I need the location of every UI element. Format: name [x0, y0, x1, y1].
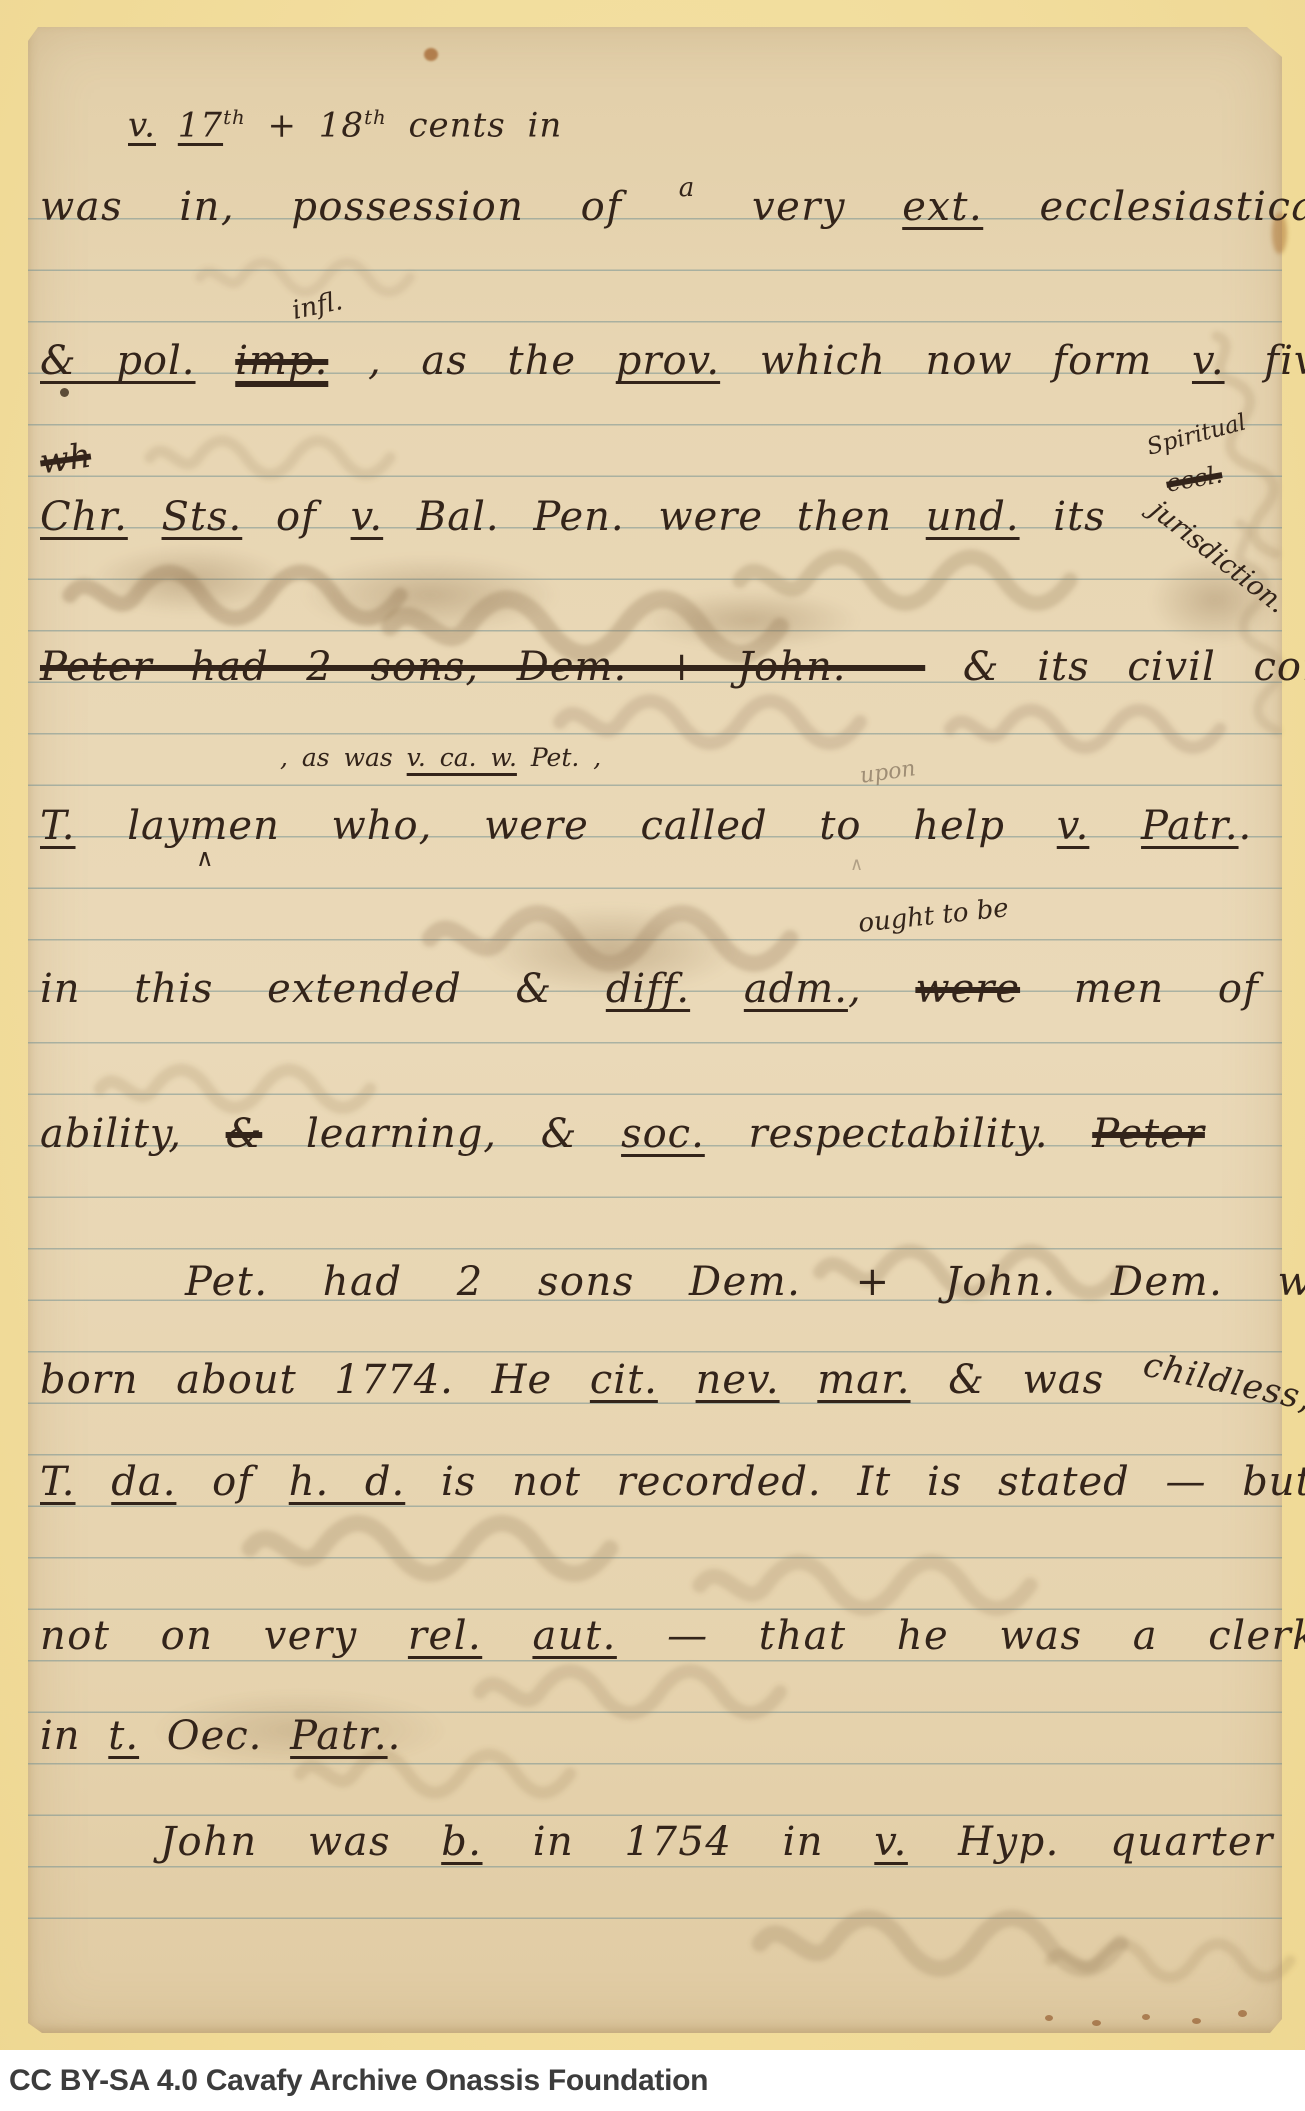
- handwritten-text: nev.: [696, 1357, 780, 1403]
- handwritten-text: Pen.: [533, 494, 624, 540]
- handwritten-text: were called: [484, 803, 768, 849]
- handwritten-text: in: [40, 1713, 81, 1759]
- handwritten-text: of: [212, 1459, 253, 1505]
- handwriting-layer: v. 17th + 18th cents in was in, possessi…: [0, 0, 1305, 2111]
- handwritten-text: da.: [111, 1459, 176, 1505]
- handwritten-text: T.: [40, 1459, 76, 1505]
- handwritten-text: John was: [160, 1819, 391, 1865]
- interlinear-insertion: a: [679, 173, 696, 203]
- handwritten-text: very: [752, 184, 846, 230]
- handwritten-text: v.: [351, 494, 384, 540]
- handwritten-text: which now form: [760, 338, 1152, 384]
- handwritten-text: cents in: [408, 105, 562, 145]
- handwritten-text: Pet. ,: [531, 743, 601, 772]
- handwritten-text: h. d.: [289, 1459, 406, 1505]
- manuscript-line: T. da. of h. d. is not recorded. It is s…: [40, 1462, 1305, 1502]
- handwritten-text: is not recorded. It is stated — but: [441, 1459, 1305, 1505]
- handwritten-text: diff.: [606, 966, 690, 1012]
- handwritten-text: jurisdiction.: [1144, 494, 1292, 619]
- handwritten-text: ∧: [850, 854, 863, 875]
- interlinear-insertion: infl.: [290, 288, 345, 324]
- handwritten-text: t.: [108, 1713, 139, 1759]
- handwritten-text: Bal.: [417, 494, 500, 540]
- manuscript-line: Chr. Sts. of v. Bal. Pen. were then und.…: [40, 497, 1106, 537]
- handwritten-text: not on very: [40, 1613, 358, 1659]
- manuscript-line: born about 1774. He cit. nev. mar. & was…: [40, 1360, 1305, 1400]
- handwritten-text: rel.: [408, 1613, 482, 1659]
- handwritten-text: cit.: [590, 1357, 658, 1403]
- handwritten-text: laymen who,: [127, 803, 432, 849]
- handwritten-text: five: [1264, 338, 1305, 384]
- scan-background: v. 17th + 18th cents in was in, possessi…: [0, 0, 1305, 2111]
- struck-text: &: [226, 1111, 263, 1157]
- handwritten-text: und.: [926, 494, 1020, 540]
- handwritten-text: v.: [1057, 803, 1090, 849]
- handwritten-text: in this extended &: [40, 966, 552, 1012]
- manuscript-line-heading: v. 17th + 18th cents in: [128, 108, 562, 142]
- handwritten-text: .: [1239, 803, 1253, 849]
- manuscript-line: Peter had 2 sons, Dem. + John. — & its c…: [40, 647, 1305, 687]
- handwritten-text: Pet. had 2 sons Dem. + John. Dem. was: [185, 1259, 1305, 1305]
- handwritten-text: born about 1774. He: [40, 1357, 552, 1403]
- manuscript-line: in this extended & diff. adm., were men …: [40, 969, 1259, 1009]
- handwritten-text: ecclesiastical: [1039, 184, 1305, 230]
- handwritten-text: & pol.: [40, 338, 196, 384]
- handwritten-text: th: [223, 106, 246, 129]
- manuscript-line: was in, possession of a very ext. eccles…: [40, 187, 1305, 227]
- handwritten-text: , as was: [280, 743, 393, 772]
- handwritten-text: ,: [848, 966, 862, 1012]
- handwritten-text: mar.: [817, 1357, 910, 1403]
- struck-text: Peter: [1092, 1111, 1205, 1157]
- handwritten-text: were then: [658, 494, 892, 540]
- handwritten-text: soc.: [621, 1111, 705, 1157]
- manuscript-line: John was b. in 1754 in v. Hyp. quarter o…: [160, 1822, 1305, 1862]
- handwritten-text: aut.: [532, 1613, 616, 1659]
- handwritten-text: upon: [858, 756, 917, 789]
- struck-text: were: [915, 966, 1020, 1012]
- handwritten-text: Hyp.: [958, 1819, 1060, 1865]
- handwritten-text: Patr.: [1141, 803, 1238, 849]
- manuscript-line: ability, & learning, & soc. respectabili…: [40, 1114, 1205, 1154]
- handwritten-text: , as the: [368, 338, 576, 384]
- handwritten-text: adm.: [744, 966, 848, 1012]
- manuscript-line: T. laymen who, were called to help v. Pa…: [40, 806, 1252, 846]
- handwritten-text: of: [276, 494, 317, 540]
- struck-text: Peter had 2 sons, Dem. + John. —: [40, 644, 925, 690]
- handwritten-text: Spiritual: [1144, 409, 1249, 460]
- handwritten-text: 18: [319, 105, 364, 145]
- handwritten-text: — that he was a clerk,: [667, 1613, 1305, 1659]
- handwritten-text: Patr.: [290, 1713, 387, 1759]
- handwritten-text: v.: [128, 105, 156, 145]
- handwritten-text: T.: [40, 803, 76, 849]
- handwritten-text: was in, possession of: [40, 184, 623, 230]
- handwritten-text: to help: [819, 803, 1005, 849]
- interlinear-insertion: , as was v. ca. w. Pet. ,: [280, 745, 601, 770]
- manuscript-line: in t. Oec. Patr..: [40, 1716, 401, 1756]
- handwritten-text: ought to be: [857, 893, 1010, 939]
- handwritten-text: in 1754 in: [533, 1819, 824, 1865]
- handwritten-text: Chr.: [40, 494, 128, 540]
- handwritten-text: jurisdiction.: [1145, 496, 1291, 618]
- handwritten-text: learning, &: [306, 1111, 577, 1157]
- handwritten-text: Sts.: [162, 494, 243, 540]
- handwritten-text: wh: [37, 436, 93, 483]
- handwritten-text: th: [364, 106, 387, 129]
- handwritten-text: ext.: [902, 184, 983, 230]
- handwritten-text: .: [388, 1713, 402, 1759]
- struck-text: eccl.: [1164, 462, 1224, 495]
- handwritten-text: respectability.: [749, 1111, 1049, 1157]
- handwritten-text: v.: [1192, 338, 1225, 384]
- interlinear-insertion: Spiritual: [1145, 411, 1249, 459]
- struck-text: imp.: [235, 338, 328, 384]
- handwritten-text: Oec.: [167, 1713, 263, 1759]
- handwritten-text: & was: [948, 1357, 1104, 1403]
- manuscript-line: Pet. had 2 sons Dem. + John. Dem. was: [185, 1262, 1305, 1302]
- license-caption-bar: CC BY-SA 4.0 Cavafy Archive Onassis Foun…: [0, 2050, 1305, 2111]
- handwritten-text: v.: [874, 1819, 908, 1865]
- handwritten-text: its: [1053, 494, 1105, 540]
- handwritten-text: infl.: [289, 286, 345, 326]
- handwritten-text: men of: [1074, 966, 1259, 1012]
- license-caption: CC BY-SA 4.0 Cavafy Archive Onassis Foun…: [0, 2064, 708, 2098]
- handwritten-text: & its civil control.: [963, 644, 1305, 690]
- handwritten-text: b.: [441, 1819, 482, 1865]
- handwritten-text: childless,: [1140, 1348, 1305, 1417]
- handwritten-text: quarter of: [1110, 1819, 1305, 1865]
- handwritten-text: ability,: [40, 1111, 182, 1157]
- handwritten-text: 17: [178, 105, 223, 145]
- interlinear-insertion: ought to be: [857, 895, 1010, 937]
- struck-text: wh: [38, 439, 93, 480]
- insertion-caret: ∧: [196, 846, 214, 870]
- handwritten-text: +: [267, 105, 297, 145]
- handwritten-text: prov.: [616, 338, 720, 384]
- pencil-note: upon: [859, 758, 917, 788]
- handwritten-text: v. ca. w.: [407, 743, 517, 772]
- manuscript-line: not on very rel. aut. — that he was a cl…: [40, 1616, 1305, 1656]
- insertion-caret: ∧: [850, 856, 863, 874]
- handwritten-text: eccl.: [1164, 460, 1224, 497]
- manuscript-line: & pol. imp. , as the prov. which now for…: [40, 341, 1305, 381]
